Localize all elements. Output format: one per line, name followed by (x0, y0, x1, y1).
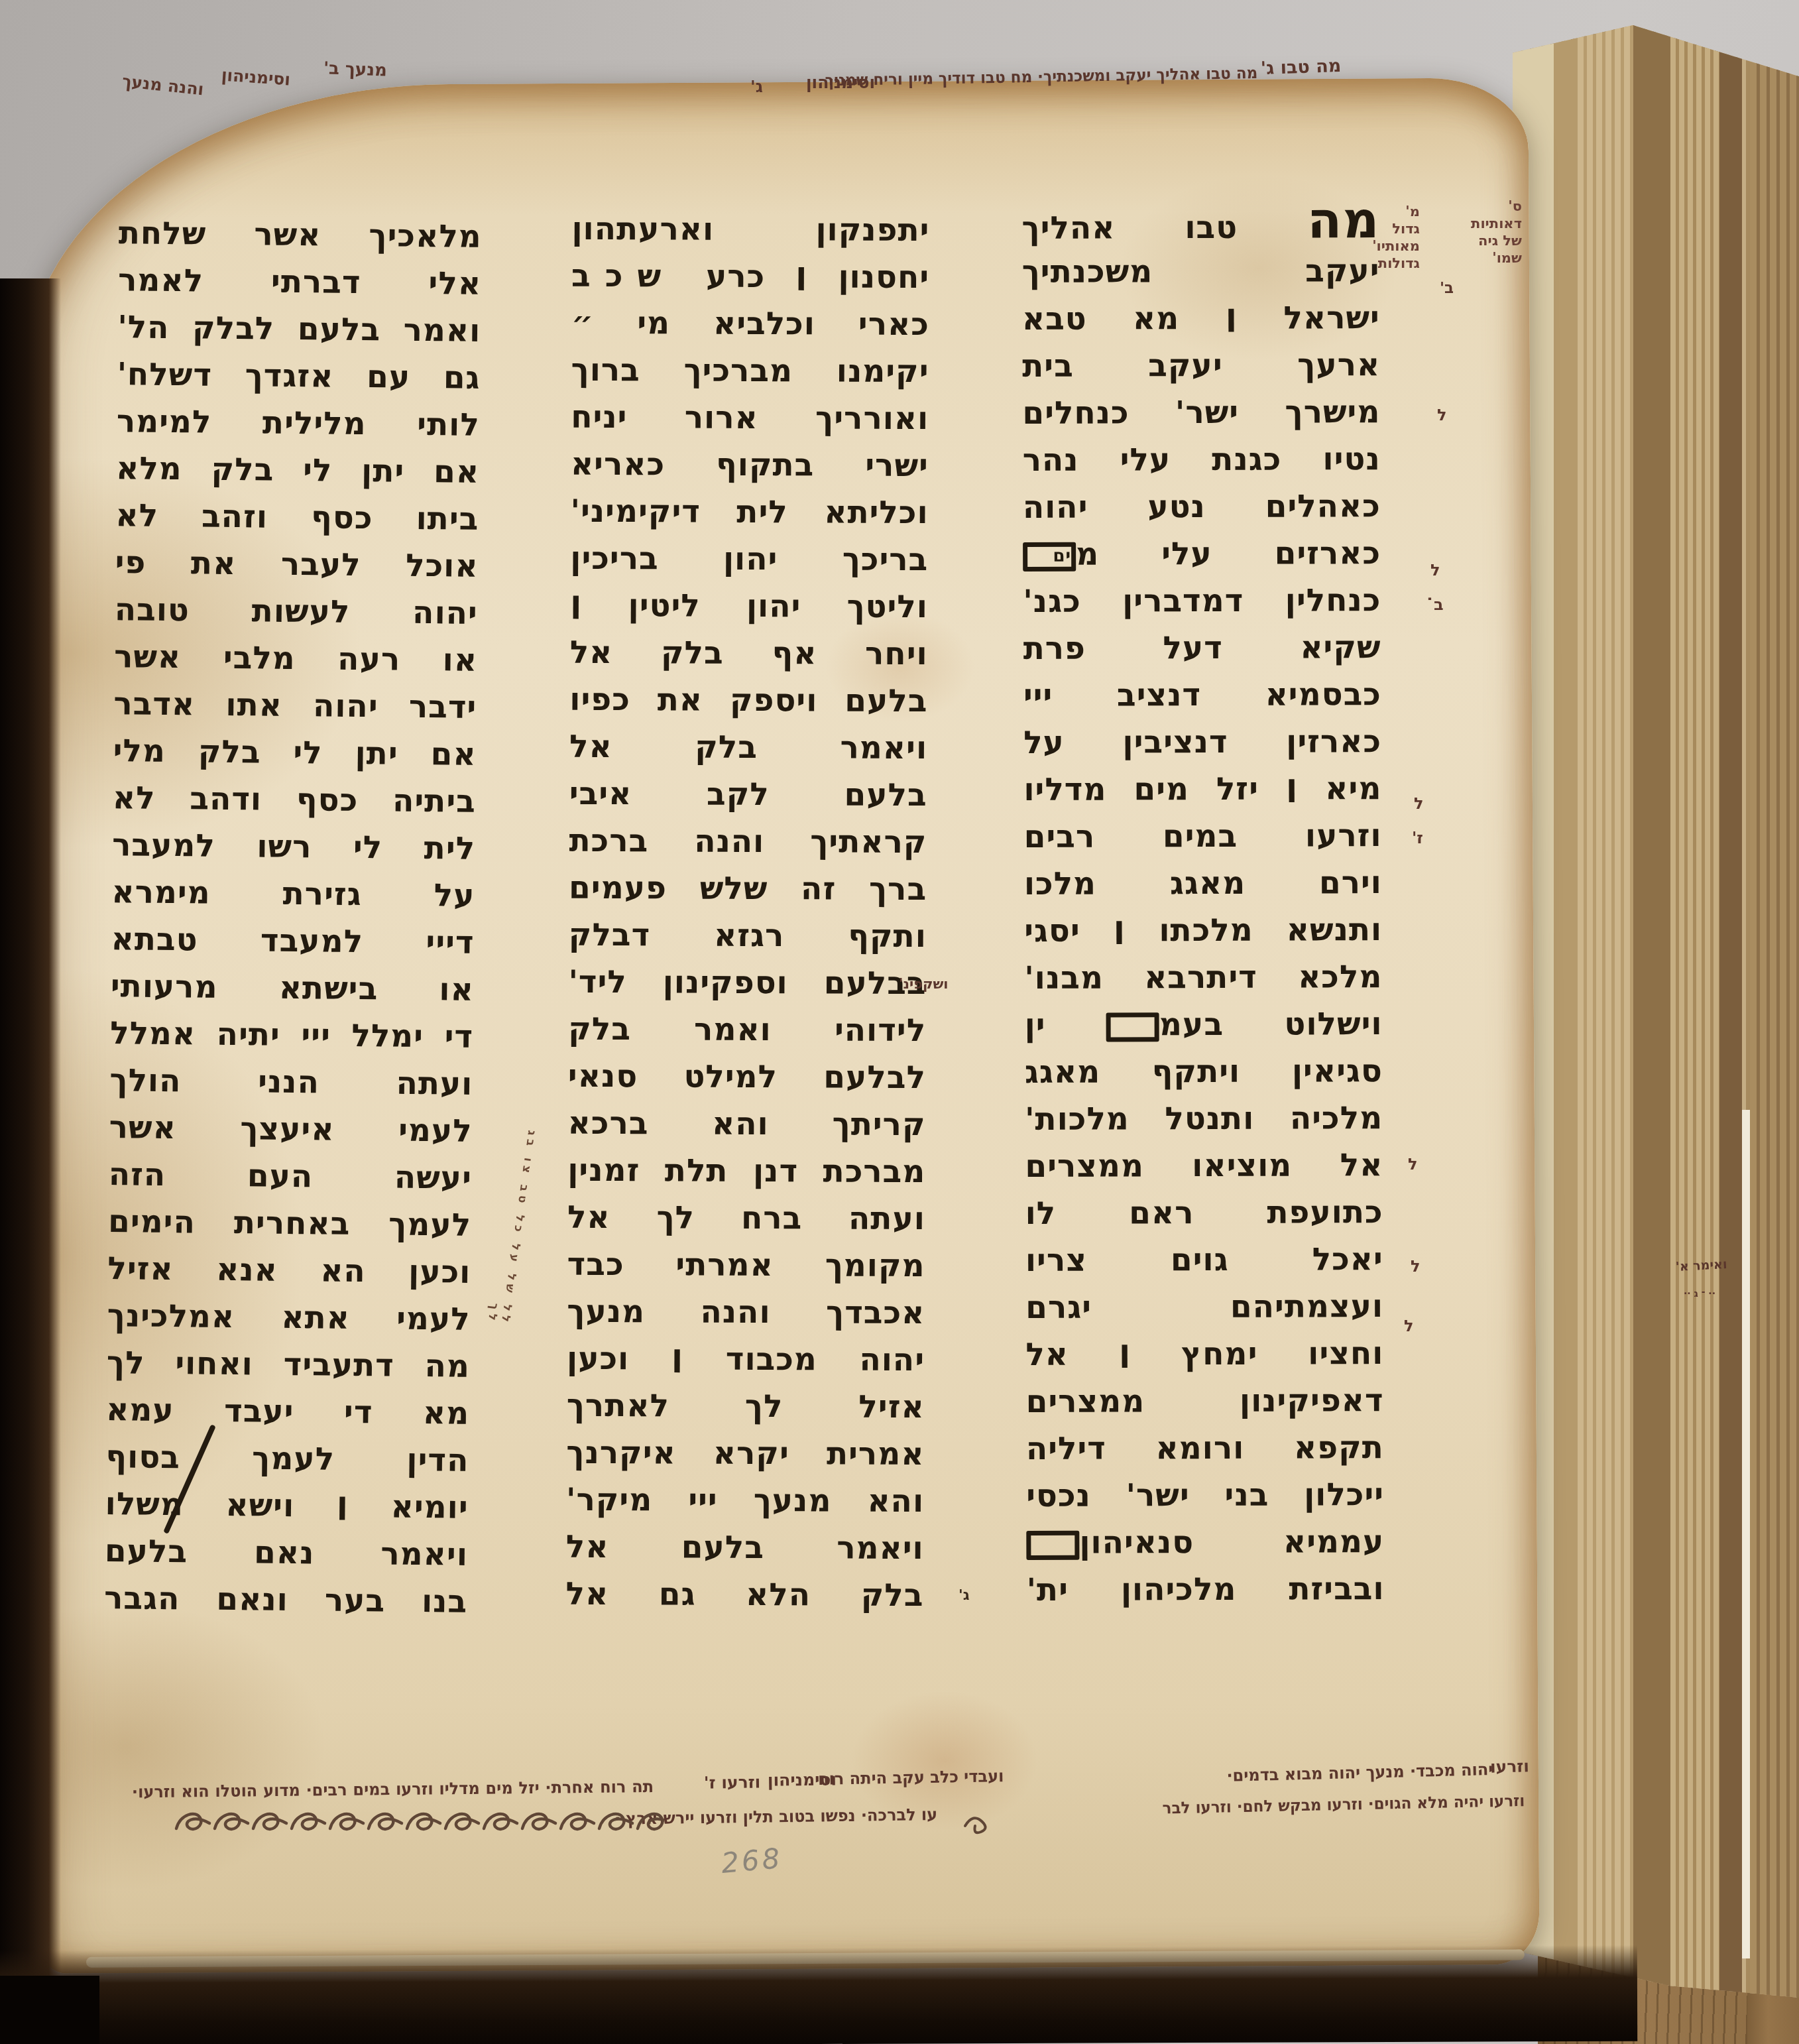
text-line: ויחר אף בלק אל (570, 629, 928, 678)
masorah-note-line: מ' (1364, 203, 1420, 220)
masorah-segment: מה טבו ג' (1260, 56, 1341, 79)
text-line: אל מוציאו ממצרים (1025, 1142, 1383, 1190)
text-line: כארזין דנציבין על (1023, 718, 1381, 766)
text-line: מיא ׀ יזל מים מדליו (1023, 765, 1381, 813)
text-line: מה דתעביד ואחוי לך (107, 1339, 471, 1390)
text-line: וליטך יהון ליטין ׀ (570, 582, 928, 631)
stretched-letter-cartouche (1026, 1530, 1079, 1559)
text-line: ייכלון בני ישר' נכסי (1026, 1471, 1384, 1520)
text-line: בלק הלא גם אל (565, 1571, 923, 1619)
text-line: ואמר בלעם לבלק הל' (117, 304, 481, 355)
text-line: יומיא ׀ וישא משלו (105, 1480, 469, 1532)
text-line: יהוה לעשות טובה (114, 586, 478, 637)
text-line: יאכל גוים צריו (1025, 1236, 1383, 1284)
text-line: וישלוט בעמ ין (1024, 1000, 1382, 1049)
leaf-edge (1578, 25, 1633, 1998)
leaf-edge (1750, 25, 1799, 1998)
text-line: כארזים עלי מים (1023, 530, 1381, 578)
text-line: ישרי בתקוף כאריא (571, 441, 929, 489)
masorah-margin-letter: ל (1404, 1317, 1414, 1335)
text-line: לידוהי ואמר בלק (568, 1006, 926, 1054)
text-line: כנחלין דמדברין כגנ' (1023, 577, 1381, 625)
masorah-corner-note-a: מ'גדולמאותיו'גדולות (1364, 203, 1420, 272)
text-column-middle: יתפנקון וארעתהוןיחסנון ׀ כרע שכבכארי וכל… (565, 206, 929, 1619)
text-line: קראתיך והנה ברכת (569, 817, 927, 866)
book-bottom-shadow (0, 1945, 1637, 2044)
masorah-segment: וזרעו ז' (704, 1772, 761, 1792)
text-line: ישראל ׀ מא טבא (1022, 294, 1380, 343)
fore-edge-dots: ·· ־ ג ·· (1684, 1289, 1715, 1299)
masorah-margin-letter: ל (1408, 1155, 1418, 1173)
text-line: אוכל לעבר את פי (115, 539, 479, 590)
text-line: ויאמר בלעם אל (566, 1524, 924, 1572)
text-line: דייי למעבד טבתא (111, 916, 475, 967)
text-line: בריכך יהון בריכין (570, 535, 928, 583)
text-line: אם יתן לי בלק מלא (116, 445, 480, 496)
text-line: גם עם אזגדך דשלח' (117, 351, 481, 402)
text-line: מברכת דנן תלת זמנין (567, 1147, 925, 1195)
masorah-margin-letter: ל (1411, 1257, 1421, 1276)
masorah-margin-letter: ז' (1412, 829, 1423, 847)
text-line: ובביזת מלכיהון ית' (1026, 1565, 1384, 1614)
text-line: ארעך יעקב בית (1022, 341, 1380, 390)
text-line: ותקף רגזא דבלק (569, 912, 927, 960)
masorah-corner-note-b: ס'דאותיותשל גיהשמו' (1453, 198, 1522, 267)
text-line: נטיו כגנת עלי נהר (1023, 436, 1381, 484)
text-line: שקיא דעל פרת (1023, 624, 1381, 672)
masorah-note-line: גדולות (1364, 255, 1420, 272)
gutter-correction-note: ושקפינ' (899, 976, 949, 992)
masorah-corner-note-below: ב' (1440, 280, 1454, 297)
text-line: עממיא סנאיהון (1026, 1518, 1384, 1567)
text-line: יתפנקון וארעתהון (571, 206, 929, 254)
text-line: יעקב משכנתיך (1022, 247, 1380, 296)
text-line: כאהלים נטע יהוה (1023, 483, 1381, 531)
text-line: ביתיה כסף ודהב לא (113, 774, 477, 825)
folio-number-pencil: 268 (720, 1842, 783, 1880)
masorah-segment: וסימניהון (806, 73, 875, 92)
masorah-note-line: שמו' (1453, 249, 1522, 267)
text-line: כבסמיא דנציב ייי (1023, 671, 1381, 719)
masorah-note-line: ס' (1453, 198, 1522, 215)
text-line: תקפא ורומא דיליה (1026, 1424, 1384, 1473)
text-line: ועתה ברח לך אל (567, 1194, 925, 1242)
text-line: על גזירת מימרא (111, 869, 475, 920)
text-line: סגיאין ויתקף מאגג (1025, 1048, 1383, 1096)
text-line: או רעה מלבי אשר (114, 633, 478, 684)
text-line: יעשה העם הזה (109, 1151, 473, 1202)
text-line: כתועפת ראם לו (1025, 1189, 1383, 1237)
text-line: או בישתא מרעותי (111, 963, 475, 1014)
fore-edge-text: ואימר א' (1675, 1257, 1727, 1274)
masorah-segment: והנה מנעך (121, 72, 205, 99)
leaf-edge (1554, 25, 1578, 1998)
text-line: וירם מאגג מלכו (1024, 859, 1382, 908)
flourish-row (174, 1805, 664, 1839)
masorah-margin-letter: ל (1414, 794, 1424, 813)
text-line: הדין לעמך בסוף (105, 1433, 469, 1484)
text-line: ידבר יהוה אתו אדבר (113, 680, 477, 731)
text-line: אמרית יקרא איקרנך (566, 1429, 924, 1478)
text-line: מקומך אמרתי כבד (567, 1241, 925, 1290)
flourish-squiggle (962, 1811, 993, 1834)
text-line: וזרעו במים רבים (1024, 812, 1382, 861)
text-line: לית לי רשו למעבר (112, 821, 476, 872)
text-line: דאפיקינון ממצרים (1025, 1377, 1383, 1425)
leaf-edge (1719, 25, 1742, 1998)
text-line: בלעם ויספק את כפיו (569, 676, 927, 725)
stretched-letter-cartouche: ים (1023, 542, 1076, 571)
text-line: לעמי אתא אמלכינך (107, 1292, 471, 1343)
text-line: כארי וכלביא מי ״ (571, 300, 929, 348)
stretched-word: שכב (571, 258, 675, 295)
text-line: יחסנון ׀ כרע שכב (571, 253, 929, 301)
fore-edge-leaves (1513, 25, 1799, 1998)
text-line: ויאמר בלק אל (569, 723, 927, 772)
text-line: קריתך והא ברכא (567, 1100, 925, 1148)
text-column-right: מה טבו אהליךיעקב משכנתיךישראל ׀ מא טבאאר… (1021, 200, 1384, 1614)
manuscript-photograph: מה טבו אהליךיעקב משכנתיךישראל ׀ מא טבאאר… (0, 0, 1799, 2044)
text-line: בלעם לקב איבי (569, 770, 927, 819)
shadow-corner (0, 1976, 99, 2044)
text-line: יקימנו מברכיך ברוך (571, 347, 929, 395)
text-line: אכבדך והנה מנעך (567, 1288, 925, 1337)
masorah-note-line: גדול (1364, 220, 1420, 237)
stretched-letter-cartouche (1106, 1012, 1159, 1042)
text-line: מה טבו אהליך (1021, 200, 1379, 249)
text-line: אם יתן לי בלק מלי (113, 727, 477, 778)
text-line: ועצמתיהם יגרם (1025, 1283, 1383, 1331)
text-line: ועתה הנני הולך (109, 1057, 473, 1108)
leaf-edge (1670, 25, 1719, 1998)
masorah-note-line: דאותיות (1453, 215, 1522, 232)
book-spine-edge (0, 278, 61, 2044)
masorah-margin-letter: ב̇ (1434, 595, 1444, 614)
leaf-edge (1633, 25, 1670, 1998)
masorah-segment: מנעך ב' (323, 58, 388, 80)
text-line: יהוה מכבוד ׀ וכען (567, 1335, 925, 1384)
text-column-left: מלאכיך אשר שלחתאלי דברתי לאמרואמר בלעם ל… (104, 210, 482, 1626)
text-line: מישרך ישר' כנחלים (1022, 389, 1380, 437)
masorah-segment: ועבדי כלב עקב היתה רוח (836, 1766, 1004, 1788)
text-line: וחציו ימחץ ׀ אל (1025, 1330, 1383, 1378)
text-line: ויאמר נאם בלעם (105, 1528, 469, 1579)
text-line: מא די יעבד עמא (106, 1386, 470, 1437)
masorah-note-line: מאותיו' (1364, 237, 1420, 255)
text-line: די ימלל ייי יתיה אמלל (110, 1010, 474, 1061)
text-line: בנו בער ונאם הגבר (104, 1575, 468, 1626)
text-line: ותנשא מלכתו ׀ יסגי (1024, 906, 1382, 955)
text-line: לעמך באחרית הימים (108, 1198, 472, 1249)
text-line: מלכא דיתרבא מבנו' (1024, 953, 1382, 1002)
text-line: אלי דברתי לאמר (118, 257, 482, 308)
text-line: לעמי איעצך אשר (109, 1104, 473, 1155)
masorah-segment: ג' (750, 77, 763, 96)
text-line: ביתו כסף וזהב לא (115, 492, 479, 543)
masorah-segment: וסימניהון (221, 65, 291, 89)
text-line: ברך זה שלש פעמים (569, 865, 927, 913)
catchword: ג' (958, 1587, 970, 1604)
masorah-margin-letter: ל (1437, 406, 1447, 424)
text-line: מלאכיך אשר שלחת (118, 210, 482, 261)
masorah-segment: וזרעו (1490, 1756, 1530, 1776)
leaf-edge (1742, 1110, 1750, 1958)
text-line: לבלעם למילט סנאי (568, 1053, 926, 1101)
text-line: וכליתא לית דיקימיני' (570, 488, 928, 536)
text-line: ואורריך ארור יניח (571, 394, 929, 442)
text-line: והא מנעך ייי מיקר' (566, 1476, 924, 1525)
masorah-note-line: של גיה (1453, 232, 1522, 249)
text-line: אזיל לך לאתרך (567, 1382, 925, 1431)
text-line: בבלעם וספקינון ליד' (568, 959, 926, 1007)
text-line: לותי מלילית למימר (116, 398, 480, 449)
masorah-margin-letter: ל (1430, 561, 1440, 579)
text-line: וכען הא אנא אזיל (107, 1245, 471, 1296)
text-line: מלכיה ותנטל מלכות' (1025, 1095, 1383, 1143)
